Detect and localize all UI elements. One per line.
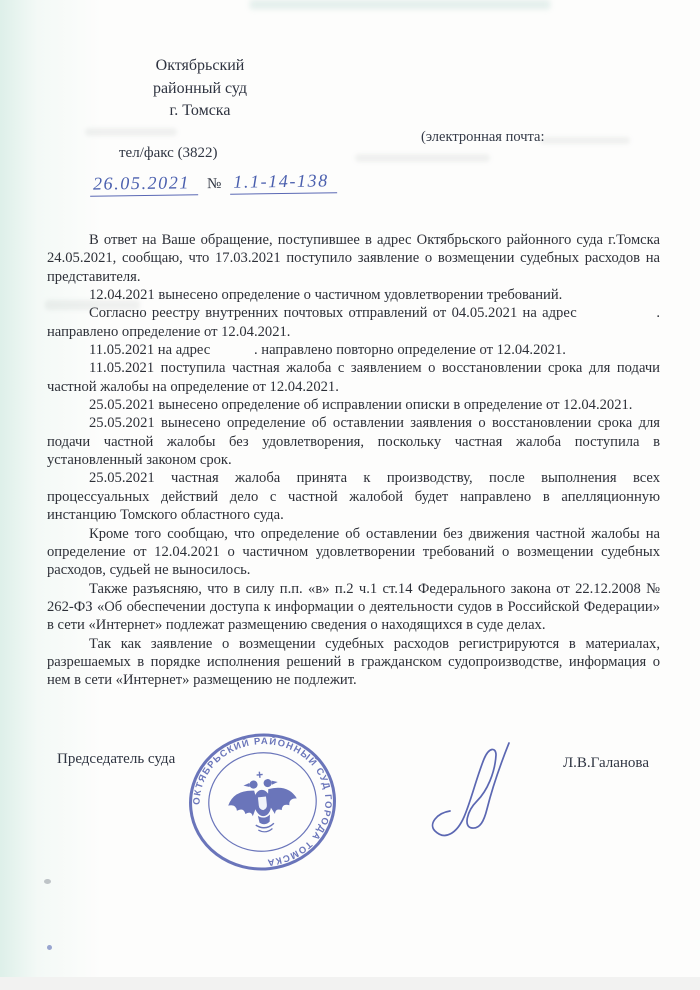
body-paragraph: 11.05.2021 на адрес . направлено повторн… [47,341,660,359]
phone-fax-label: тел/факс (3822) [119,145,218,162]
scan-artifact [44,879,51,884]
scan-artifact [540,137,630,144]
court-name-line1: Октябрьский [100,55,300,78]
handwritten-signature [423,735,529,855]
body-paragraph: 11.05.2021 поступила частная жалоба с за… [47,359,660,396]
number-sign: № [207,176,222,193]
letter-body: В ответ на Ваше обращение, поступившее в… [47,231,660,690]
scan-edge [0,977,700,990]
court-letterhead: Октябрьский районный суд г. Томска [100,55,300,123]
signer-position: Председатель суда [57,751,175,768]
signer-name: Л.В.Галанова [563,755,649,772]
handwritten-ref-number: 1.1-14-138 [230,170,337,194]
body-paragraph: Кроме того сообщаю, что определение об о… [47,525,660,580]
court-name-line3: г. Томска [100,100,300,123]
document-page: Октябрьский районный суд г. Томска (элек… [0,0,700,990]
body-paragraph: Так как заявление о возмещении судебных … [47,635,660,690]
court-name-line2: районный суд [100,78,300,101]
handwritten-date: 26.05.2021 [90,172,198,197]
body-paragraph: Согласно реестру внутренних почтовых отп… [47,304,660,341]
double-eagle-icon [225,768,300,835]
scan-tint-top [250,0,550,9]
body-paragraph: 25.05.2021 частная жалоба принята к прои… [47,469,660,524]
scan-artifact [85,128,177,136]
email-label: (электронная почта: [421,129,544,146]
reference-line: 26.05.2021 № 1.1-14-138 [90,170,337,196]
scan-artifact [47,945,52,950]
court-stamp: ОКТЯБРЬСКИЙ РАЙОННЫЙ СУД ГОРОДА ТОМСКА [177,723,348,881]
body-paragraph: 25.05.2021 вынесено определение об остав… [47,414,660,469]
body-paragraph: В ответ на Ваше обращение, поступившее в… [47,231,660,286]
scan-artifact [355,154,490,162]
body-paragraph: 12.04.2021 вынесено определение о частич… [47,286,660,304]
body-paragraph: 25.05.2021 вынесено определение об испра… [47,396,660,414]
body-paragraph: Также разъясняю, что в силу п.п. «в» п.2… [47,580,660,635]
